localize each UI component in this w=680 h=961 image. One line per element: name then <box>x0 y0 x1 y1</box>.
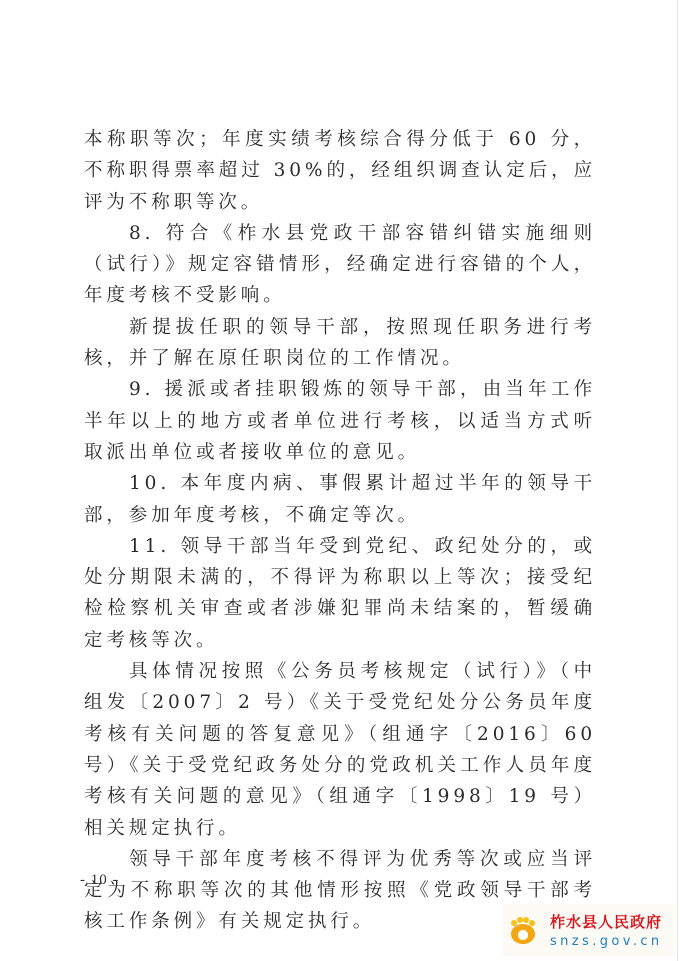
paragraph-new-promotion: 新提拔任职的领导干部，按照现任职务进行考核，并了解在原任职岗位的工作情况。 <box>84 312 596 375</box>
site-watermark: 柞水县人民政府 snzs.gov.cn <box>503 904 675 956</box>
paragraph-item-8: 8. 符合《柞水县党政干部容错纠错实施细则（试行）》规定容错情形，经确定进行容错… <box>84 218 596 312</box>
paragraph-item-9: 9. 援派或者挂职锻炼的领导干部，由当年工作半年以上的地方或者单位进行考核，以适… <box>84 374 596 468</box>
page-number: - 10 - <box>80 872 119 889</box>
document-body: 本称职等次；年度实绩考核综合得分低于 60 分，不称职得票率超过 30%的，经组… <box>84 124 596 938</box>
paragraph-item-11: 11. 领导干部当年受到党纪、政纪处分的，或处分期限未满的，不得评为称职以上等次… <box>84 531 596 656</box>
paragraph-continuation: 本称职等次；年度实绩考核综合得分低于 60 分，不称职得票率超过 30%的，经组… <box>84 124 596 218</box>
watermark-url: snzs.gov.cn <box>550 934 663 949</box>
paragraph-item-10: 10. 本年度内病、事假累计超过半年的领导干部，参加年度考核，不确定等次。 <box>84 468 596 531</box>
watermark-title: 柞水县人民政府 <box>550 911 663 932</box>
page-edge-line <box>677 0 678 961</box>
paw-logo-icon <box>508 915 538 945</box>
paragraph-regulations-reference: 具体情况按照《公务员考核规定（试行）》（中组发〔2007〕2 号）《关于受党纪处… <box>84 656 596 844</box>
